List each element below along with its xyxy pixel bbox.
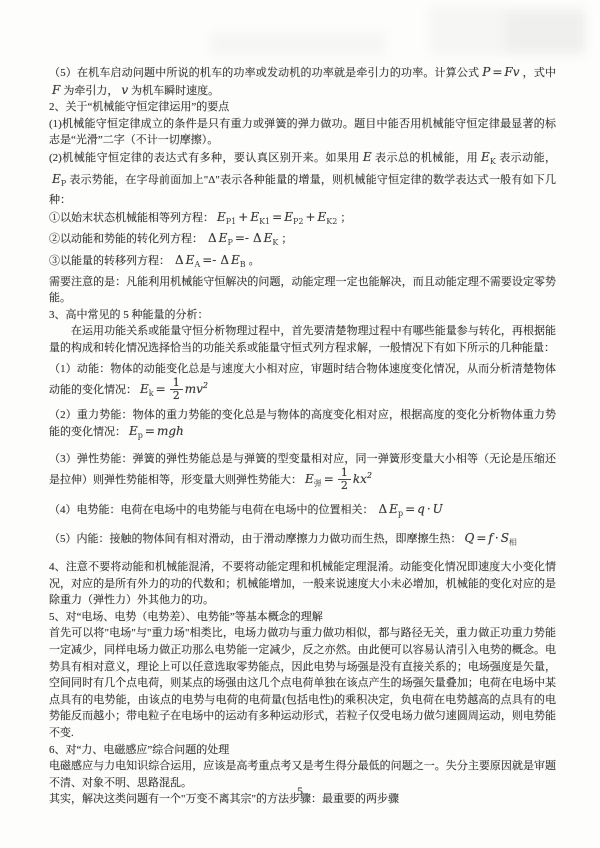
text-run: 表示总的机械能，用 [375, 152, 478, 164]
para-equation-3: ③以能量的转移列方程：ΔEA=-ΔEB。 [49, 252, 556, 274]
text-run: 。 [249, 255, 260, 267]
text-run: ②以动能和势能的转化列方程： [49, 233, 203, 245]
inline-formula: ΔEA=-ΔEB [170, 253, 249, 267]
text-run: ； [340, 212, 351, 224]
inline-formula: ΔEp=q·U [374, 502, 446, 516]
inline-formula: E [360, 150, 375, 164]
para-locomotive-power: （5）在机车启动问题中所说的机车的功率或发动机的功率就是牵引力的功率。计算公式P… [49, 64, 556, 99]
document-content: （5）在机车启动问题中所说的机车的功率或发动机的功率就是牵引力的功率。计算公式P… [49, 64, 556, 808]
inline-formula: Ek=12mv2 [137, 382, 211, 396]
text-run: （5）在机车启动问题中所说的机车的功率或发动机的功率就是牵引力的功率。计算公式 [49, 67, 479, 79]
inline-formula: F [49, 83, 63, 97]
inline-formula: E弹=12kx2 [302, 472, 375, 486]
text-run: 在运用功能关系或能量守恒分析物理过程中，首先要清楚物理过程中有哪些能量参与转化，… [49, 325, 556, 354]
text-run: 4、注意不要将动能和机械能混淆，不要将动能定理和机械能定理混淆。动能变化情况即速… [49, 561, 556, 606]
inline-formula: P=Fv [479, 65, 522, 79]
para-gravitational-energy: （2）重力势能：物体的重力势能的变化总是与物体的高度变化相对应，根据高度的变化分… [49, 407, 556, 445]
heading-section-3: 3、高中常见的 5 种能量的分析： [49, 307, 556, 324]
inline-formula: EK [478, 150, 499, 164]
text-run: ； [281, 233, 292, 245]
text-run: （4）电势能：电荷在电场中的电势能与电荷在电场中的位置相关： [49, 504, 374, 516]
text-run: ③以能量的转移列方程： [49, 255, 170, 267]
text-run: (1)机械能守恒定律成立的条件是只有重力或弹簧的弹力做功。题目中能否用机械能守恒… [49, 118, 556, 147]
text-run: 6、对“力、电磁感应”综合问题的处理 [49, 744, 229, 756]
para-section-4: 4、注意不要将动能和机械能混淆，不要将动能定理和机械能定理混淆。动能变化情况即速… [49, 559, 556, 609]
inline-formula: Q=f·S相 [462, 531, 520, 545]
heading-section-6: 6、对“力、电磁感应”综合问题的处理 [49, 742, 556, 759]
inline-formula: ΔEP=-ΔEK [203, 231, 281, 245]
text-run: 2、关于“机械能守恒定律运用”的要点 [49, 101, 229, 113]
text-run: 需要注意的是：凡能利用机械能守恒解决的问题，动能定理一定也能解决，而且动能定理不… [49, 276, 556, 305]
document-page: { "page": { "number": "5" }, "document":… [0, 0, 600, 848]
text-run: ①以始末状态机械能相等列方程： [49, 212, 214, 224]
text-run: 5、对“电场、电势（电势差）、电势能”等基本概念的理解 [49, 611, 323, 623]
text-run: 表示动能， [499, 152, 556, 164]
text-run: 3、高中常见的 5 种能量的分析： [49, 309, 209, 321]
heading-section-2: 2、关于“机械能守恒定律运用”的要点 [49, 99, 556, 116]
scan-ghosting [210, 32, 385, 56]
text-run: ，式中 [522, 67, 556, 79]
inline-formula: EP1+EK1=EP2+EK2 [214, 210, 340, 224]
para-equation-2: ②以动能和势能的转化列方程：ΔEP=-ΔEK； [49, 230, 556, 252]
para-energy-intro: 在运用功能关系或能量守恒分析物理过程中，首先要清楚物理过程中有哪些能量参与转化，… [49, 323, 556, 356]
text-run: (2)机械能守恒定律的表达式有多种，要认真区别开来。如果用 [49, 152, 360, 164]
text-run: （5）内能：接触的物体间有相对滑动，由于滑动摩擦力力做功而生热，即摩擦生热： [49, 533, 462, 545]
inline-formula: Ep=mgh [126, 424, 187, 438]
text-run: 表示势能，在字母前面加上"Δ"表示各种能量的增量，则机械能守恒定律的数学表达式一… [49, 174, 556, 207]
scan-ghosting [505, 12, 585, 52]
para-electric-field-concepts: 首先可以将"电场"与"重力场"相类比，电场力做功与重力做功相似，都与路径无关，重… [49, 625, 556, 741]
inline-formula: v [118, 83, 131, 97]
para-note-kinetic-theorem: 需要注意的是：凡能利用机械能守恒解决的问题，动能定理一定也能解决，而且动能定理不… [49, 274, 556, 307]
heading-section-5: 5、对“电场、电势（电势差）、电势能”等基本概念的理解 [49, 609, 556, 626]
text-run: 为机车瞬时速度。 [131, 85, 219, 97]
page-number: 5 [0, 783, 600, 800]
text-run: 首先可以将"电场"与"重力场"相类比，电场力做功与重力做功相似，都与路径无关，重… [49, 627, 556, 739]
para-elastic-energy: （3）弹性势能：弹簧的弹性势能总是与弹簧的型变量相对应，同一弹簧形变量大小相等（… [49, 451, 556, 493]
text-run: （1）动能：物体的动能变化总是与速度大小相对应，审题时结合物体速度变化情况，从而… [49, 363, 556, 396]
para-equation-1: ①以始末状态机械能相等列方程：EP1+EK1=EP2+EK2； [49, 209, 556, 231]
text-run: 为牵引力， [63, 85, 118, 97]
para-electric-potential-energy: （4）电势能：电荷在电场中的电势能与电荷在电场中的位置相关：ΔEp=q·U [49, 501, 556, 523]
para-conservation-expressions: (2)机械能守恒定律的表达式有多种，要认真区别开来。如果用E表示总的机械能，用E… [49, 149, 556, 209]
inline-formula: EP [49, 172, 69, 186]
para-kinetic-energy: （1）动能：物体的动能变化总是与速度大小相对应，审题时结合物体速度变化情况，从而… [49, 361, 556, 403]
fraction: 12 [170, 377, 183, 402]
fraction: 12 [338, 467, 351, 492]
para-conservation-condition: (1)机械能守恒定律成立的条件是只有重力或弹簧的弹力做功。题目中能否用机械能守恒… [49, 116, 556, 149]
para-internal-energy: （5）内能：接触的物体间有相对滑动，由于滑动摩擦力力做功而生热，即摩擦生热：Q=… [49, 530, 556, 552]
